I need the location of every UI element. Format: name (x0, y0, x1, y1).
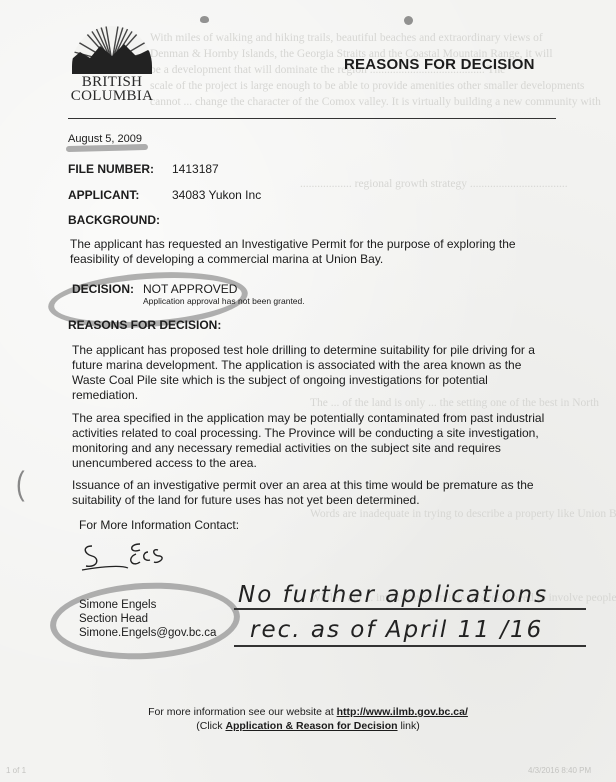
hole-punch-mark (200, 16, 209, 23)
bleed-through-text: cannot ... change the character of the C… (150, 94, 601, 110)
bc-logo: BRITISH COLUMBIA (64, 22, 160, 106)
page-indicator: 1 of 1 (6, 766, 26, 775)
handwritten-note-line2: rec. as of April 11 /16 (250, 617, 543, 643)
print-timestamp: 4/3/2016 8:40 PM (528, 766, 591, 775)
logo-line2: COLUMBIA (64, 88, 160, 105)
hole-punch-mark (404, 16, 413, 25)
contact-heading: For More Information Contact: (79, 518, 239, 532)
decision-value: NOT APPROVED (143, 282, 237, 296)
application-reason-link[interactable]: Application & Reason for Decision (225, 720, 397, 732)
contact-email[interactable]: Simone.Engels@gov.bc.ca (79, 627, 216, 639)
sun-mountains-icon (64, 22, 160, 74)
reasons-heading: REASONS FOR DECISION: (68, 318, 221, 332)
bleed-through-text: With miles of walking and hiking trails,… (150, 30, 543, 46)
footer-prefix: For more information see our website at (148, 706, 334, 718)
background-text: The applicant has requested an Investiga… (70, 237, 550, 267)
handwritten-underline (234, 645, 586, 647)
contact-title: Section Head (79, 613, 148, 625)
background-heading: BACKGROUND: (68, 213, 160, 227)
handwritten-note-line1: No further applications (238, 582, 548, 608)
footer-website-line: For more information see our website at … (0, 706, 616, 718)
reason-paragraph-3: Issuance of an investigative permit over… (72, 478, 552, 508)
decision-label: DECISION: (72, 282, 134, 296)
header-divider (68, 118, 556, 119)
bleed-through-text: Words are inadequate in trying to descri… (310, 506, 616, 522)
bleed-through-text: .................. regional growth strat… (300, 176, 568, 192)
bleed-through-text: scale of the project is large enough to … (150, 78, 584, 94)
signature-icon (78, 540, 188, 576)
page-title: REASONS FOR DECISION (344, 56, 535, 73)
contact-name: Simone Engels (79, 599, 156, 611)
decision-note: Application approval has not been grante… (143, 296, 305, 306)
applicant-value: 34083 Yukon Inc (172, 188, 261, 202)
applicant-label: APPLICANT: (68, 188, 139, 202)
footer-click-line: (Click Application & Reason for Decision… (0, 720, 616, 732)
file-number-label: FILE NUMBER: (68, 162, 154, 176)
file-number-value: 1413187 (172, 162, 219, 176)
decision-date: August 5, 2009 (68, 133, 142, 145)
website-link[interactable]: http://www.ilmb.gov.bc.ca/ (337, 706, 468, 718)
handwritten-underline (234, 608, 586, 610)
margin-mark: ( (16, 463, 25, 503)
click-prefix: (Click (196, 720, 222, 732)
click-suffix: link) (400, 720, 419, 732)
reason-paragraph-1: The applicant has proposed test hole dri… (72, 343, 552, 403)
reason-paragraph-2: The area specified in the application ma… (72, 411, 552, 471)
